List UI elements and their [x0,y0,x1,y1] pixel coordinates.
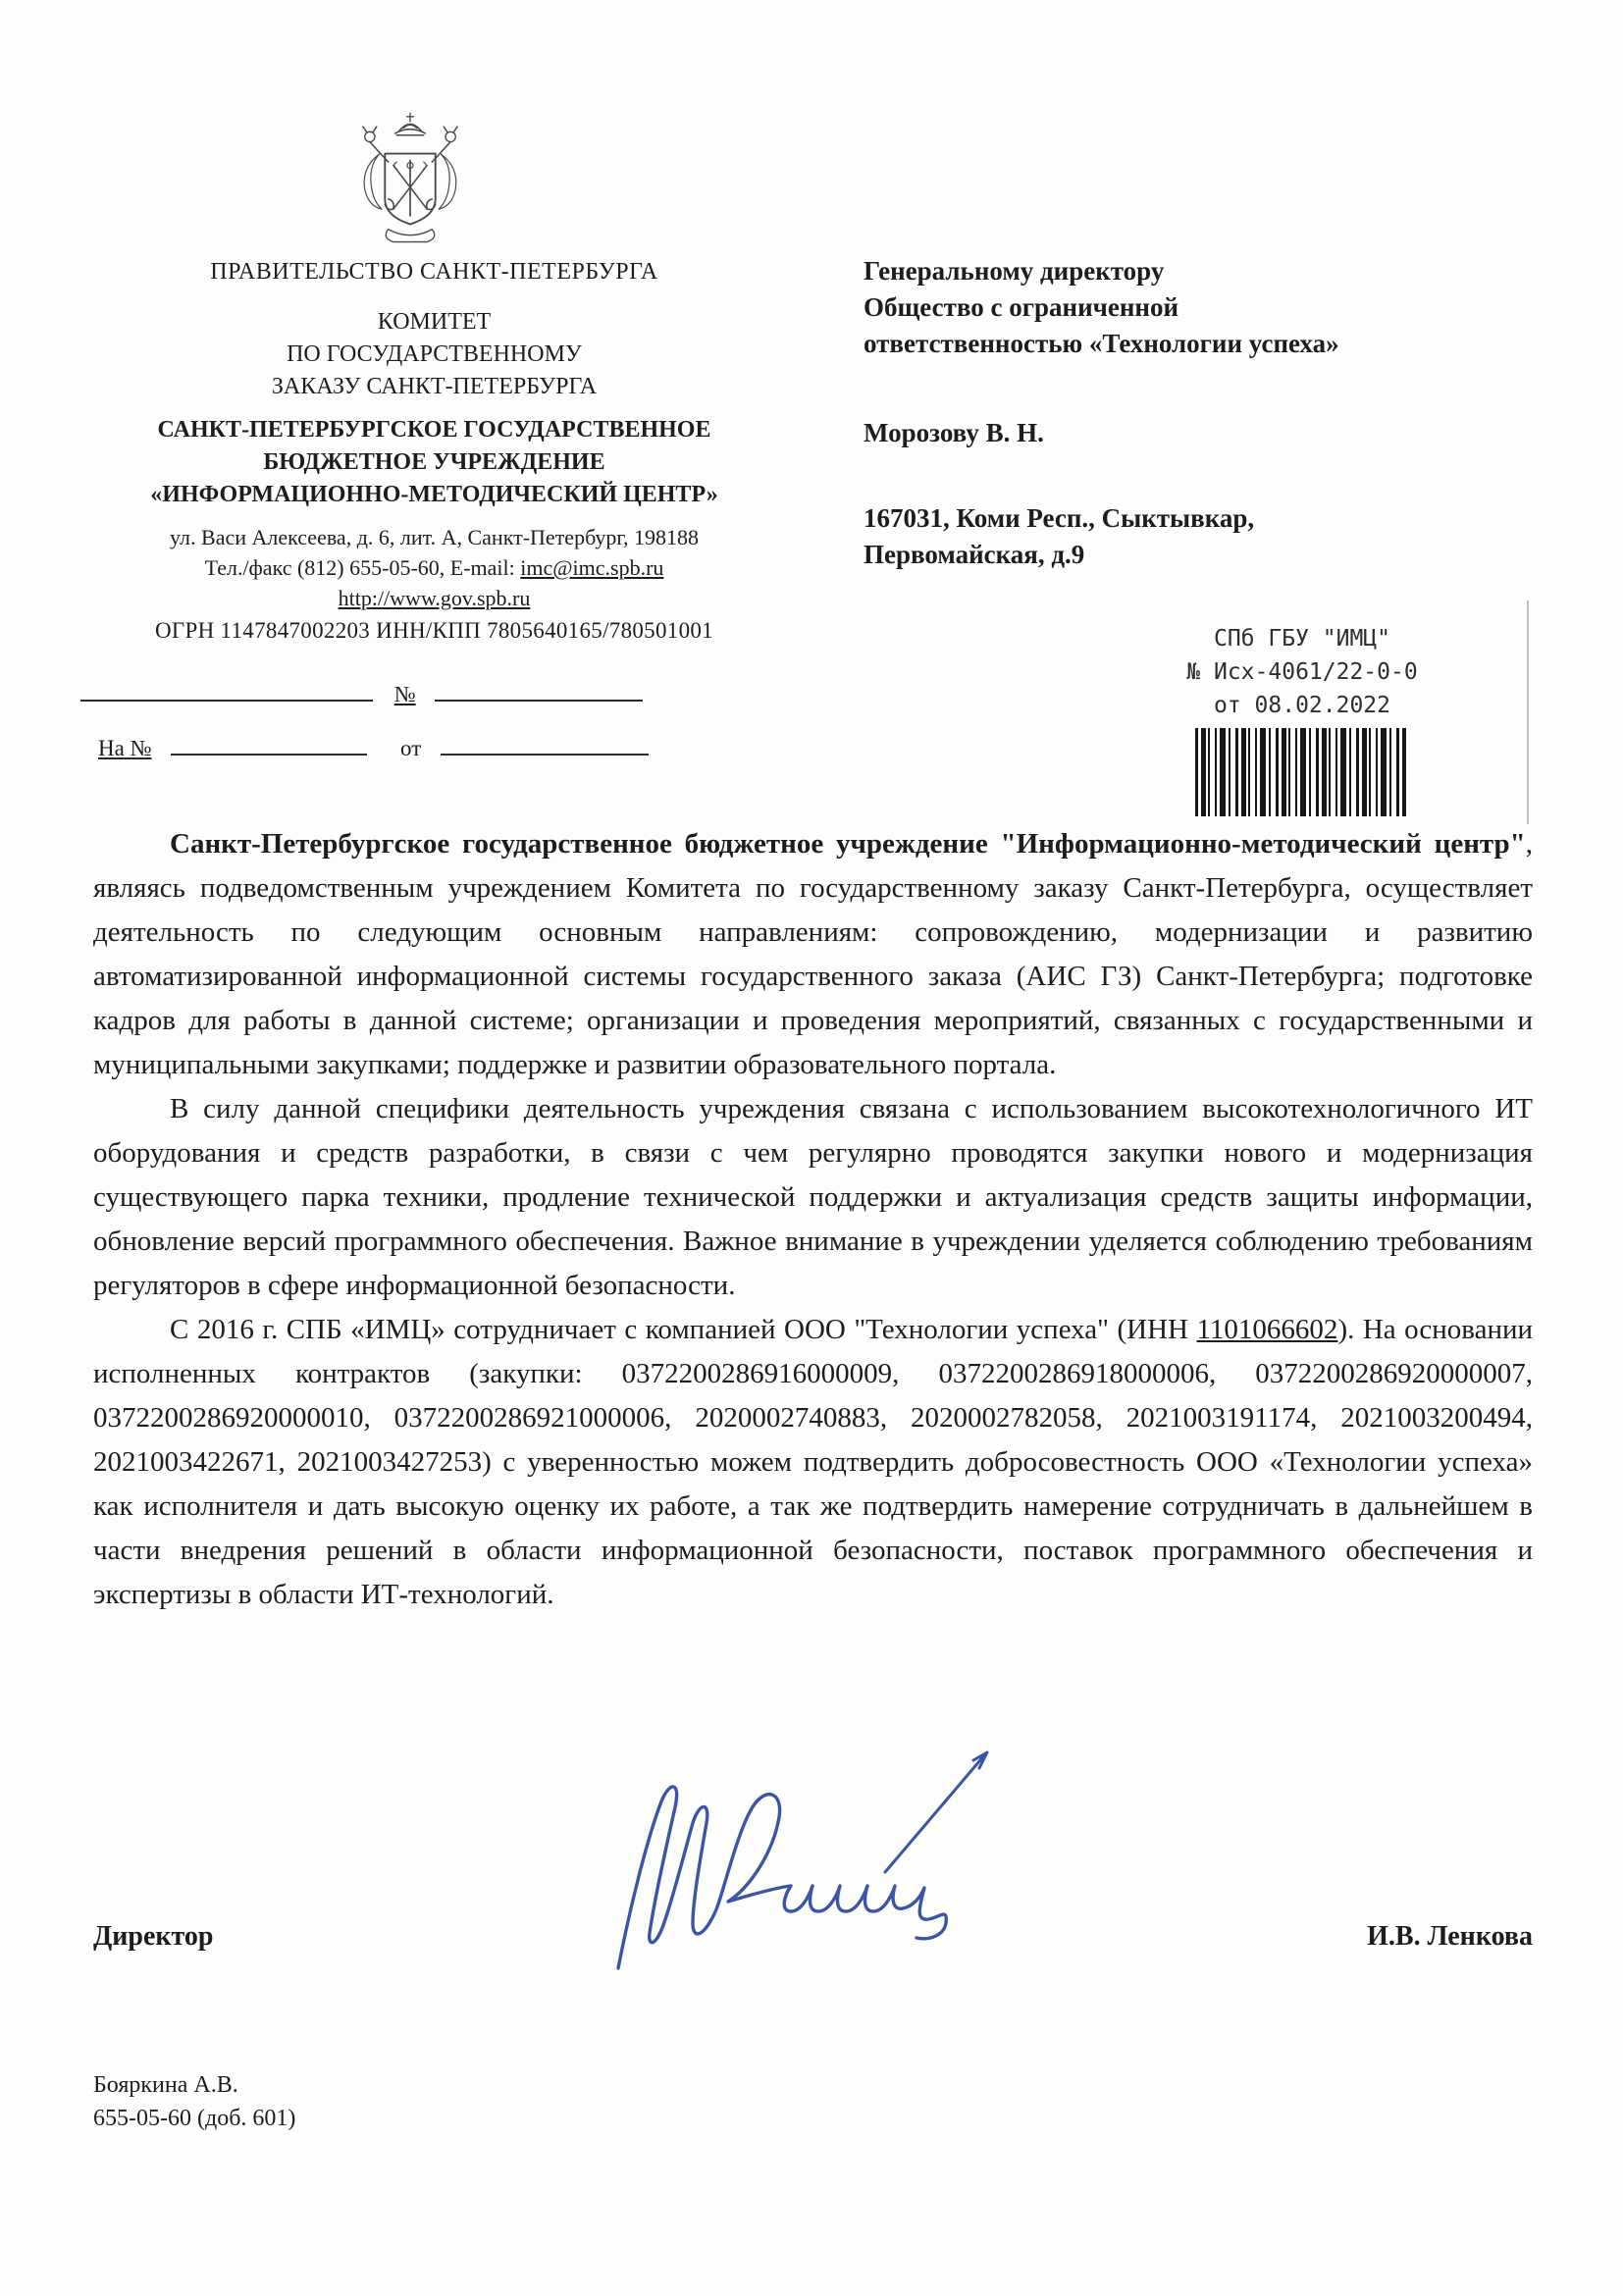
government-title: ПРАВИТЕЛЬСТВО САНКТ-ПЕТЕРБУРГА [83,259,785,286]
executor-phone: 655-05-60 (доб. 601) [93,2102,295,2135]
ref-number-label: № [394,682,416,706]
committee-line-2: ПО ГОСУДАРСТВЕННОМУ [83,339,785,371]
signer-name: И.В. Ленкова [1079,1921,1533,1953]
stamp-org: СПб ГБУ "ИМЦ" [1170,622,1435,655]
stamp-number: № Исх-4061/22-0-0 [1170,655,1435,689]
committee-line-3: ЗАКАЗУ САНКТ-ПЕТЕРБУРГА [83,371,785,403]
spacer [864,362,1492,415]
website-text: http://www.gov.spb.ru [83,583,785,613]
spacer [864,451,1492,500]
institution-title: САНКТ-ПЕТЕРБУРГСКОЕ ГОСУДАРСТВЕННОЕ БЮДЖ… [83,414,785,511]
ref-blank-2 [435,699,643,702]
saint-petersburg-coat-of-arms-icon [341,110,479,257]
institution-line-2: БЮДЖЕТНОЕ УЧРЕЖДЕНИЕ [83,446,785,479]
executor-contact: Бояркина А.В. 655-05-60 (доб. 601) [93,2068,295,2135]
scanned-letter-page: ПРАВИТЕЛЬСТВО САНКТ-ПЕТЕРБУРГА КОМИТЕТ П… [0,0,1623,2296]
inn-number: 1101066602 [1197,1314,1338,1345]
committee-line-1: КОМИТЕТ [83,306,785,339]
executor-name: Бояркина А.В. [93,2068,295,2102]
recipient-address-line2: Первомайская, д.9 [864,537,1492,573]
stamp-date: от 08.02.2022 [1170,689,1435,722]
barcode [1195,728,1406,816]
street-address: ул. Васи Алексеева, д. 6, лит. А, Санкт-… [83,522,785,552]
paragraph-1-bold: Санкт-Петербургское государственное бюдж… [170,828,1526,860]
recipient-company-line1: Общество с ограниченной [864,289,1492,326]
paragraph-2: В силу данной специфики деятельность учр… [93,1087,1533,1308]
letterhead-contacts: ул. Васи Алексеева, д. 6, лит. А, Санкт-… [83,522,785,613]
recipient-company-line2: ответственностью «Технологии успеха» [864,326,1492,362]
recipient-address-line1: 167031, Коми Респ., Сыктывкар, [864,500,1492,537]
recipient-block: Генеральному директору Общество с ограни… [864,253,1492,573]
recipient-name: Морозову В. Н. [864,415,1492,451]
ref-blank-3 [171,753,367,756]
ref-from-label: от [400,736,421,760]
institution-line-1: САНКТ-ПЕТЕРБУРГСКОЕ ГОСУДАРСТВЕННОЕ [83,414,785,446]
ref-blank-1 [80,699,373,702]
registration-stamp: СПб ГБУ "ИМЦ" № Исх-4061/22-0-0 от 08.02… [1170,622,1435,722]
committee-title: КОМИТЕТ ПО ГОСУДАРСТВЕННОМУ ЗАКАЗУ САНКТ… [83,306,785,403]
ref-blank-4 [441,753,649,756]
recipient-position: Генеральному директору [864,253,1492,289]
incoming-ref-row: На № от [98,736,687,761]
outgoing-ref-row: № [80,682,669,707]
ref-on-label: На № [98,736,152,760]
registration-numbers: ОГРН 1147847002203 ИНН/КПП 7805640165/78… [83,618,785,644]
institution-line-3: «ИНФОРМАЦИОННО-МЕТОДИЧЕСКИЙ ЦЕНТР» [83,479,785,511]
letter-body: Санкт-Петербургское государственное бюдж… [93,822,1533,1617]
paragraph-3: С 2016 г. СПБ «ИМЦ» сотрудничает с компа… [93,1308,1533,1617]
scan-artifact-line [1527,600,1529,824]
paragraph-1: Санкт-Петербургское государственное бюдж… [93,822,1533,1087]
handwritten-signature [589,1739,1021,1974]
phone-email-line: Тел./факс (812) 655-05-60, E-mail: imc@i… [83,552,785,583]
email-text: imc@imc.spb.ru [520,555,663,580]
signer-title: Директор [93,1921,214,1953]
